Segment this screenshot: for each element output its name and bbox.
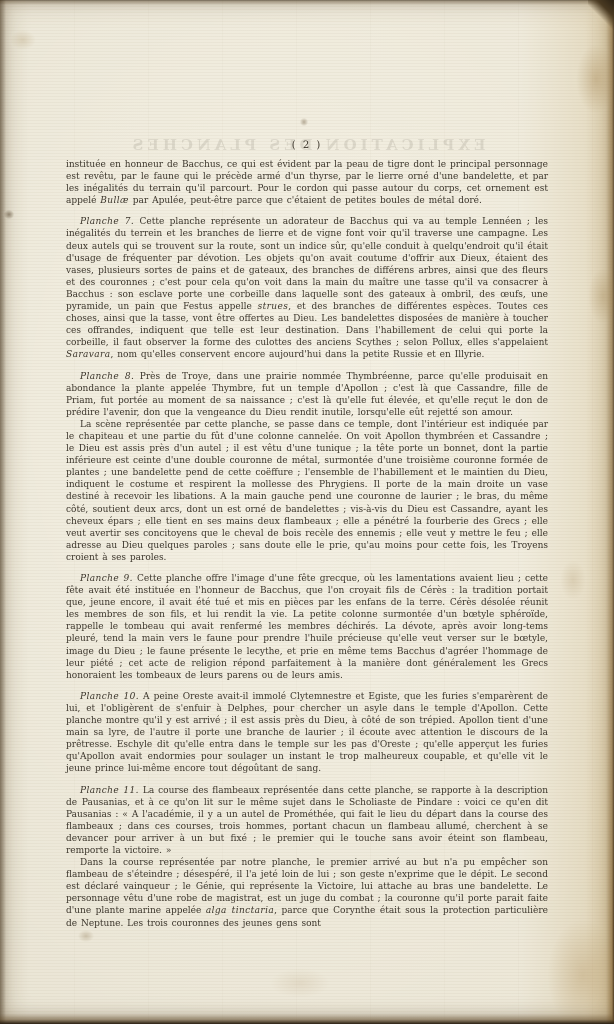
foxing-spot	[560, 560, 586, 600]
foxing-spot	[10, 30, 36, 50]
page-number: ( 2 )	[66, 140, 548, 151]
body-text: A peine Oreste avait-il immolé Clytemnes…	[66, 692, 548, 775]
italic-text: Planche 9.	[80, 574, 133, 584]
body-text: par Apulée, peut-être parce que c'étaien…	[129, 196, 482, 206]
paragraph-planche-9: Planche 9. Cette planche offre l'image d…	[66, 573, 548, 682]
foxing-spot	[300, 118, 308, 126]
paragraph-container: instituée en honneur de Bacchus, ce qui …	[66, 159, 548, 930]
paragraph-planche-8: Planche 8. Près de Troye, dans une prair…	[66, 371, 548, 419]
foxing-spot	[548, 920, 614, 1024]
page-edge-left	[0, 0, 6, 1024]
paragraph-planche-7: Planche 7. Cette planche représente un a…	[66, 216, 548, 361]
italic-text: alga tinctaria	[206, 906, 274, 916]
italic-text: Saravara	[66, 350, 111, 360]
body-text: Près de Troye, dans une prairie nommée T…	[66, 372, 548, 418]
book-page: EXPLICATION DES PLANCHES ( 2 ) instituée…	[0, 0, 614, 1024]
body-text: Cette planche offre l'image d'une fête g…	[66, 574, 548, 681]
paragraph-planche-11: Planche 11. La course des flambeaux repr…	[66, 785, 548, 858]
paragraph-planche-11-suite: Dans la course représentée par notre pla…	[66, 857, 548, 930]
italic-text: Planche 10.	[80, 692, 139, 702]
italic-text: strues	[258, 302, 289, 312]
foxing-spot	[78, 930, 94, 942]
body-text: , nom qu'elles conservent encore aujourd…	[111, 350, 485, 360]
italic-text: Planche 11.	[80, 786, 139, 796]
foxing-spot	[588, 268, 614, 324]
body-text: Cette planche représente un adorateur de…	[66, 217, 548, 312]
page-edge-bottom	[0, 1014, 614, 1024]
body-text: La scène représentée par cette planche, …	[66, 420, 548, 563]
page-edge-top	[0, 0, 614, 5]
foxing-spot	[576, 44, 614, 114]
paragraph-planche-8-scene: La scène représentée par cette planche, …	[66, 419, 548, 564]
text-block: ( 2 ) instituée en honneur de Bacchus, c…	[66, 140, 548, 930]
italic-text: Planche 7.	[80, 217, 134, 227]
paragraph-continuation: instituée en honneur de Bacchus, ce qui …	[66, 159, 548, 207]
page-corner-fold	[588, 0, 614, 34]
foxing-spot	[270, 968, 330, 998]
body-text: La course des flambeaux représentée dans…	[66, 786, 548, 856]
italic-text: Planche 8.	[80, 372, 134, 382]
paragraph-planche-10: Planche 10. A peine Oreste avait-il immo…	[66, 691, 548, 776]
italic-text: Bullæ	[100, 196, 129, 206]
